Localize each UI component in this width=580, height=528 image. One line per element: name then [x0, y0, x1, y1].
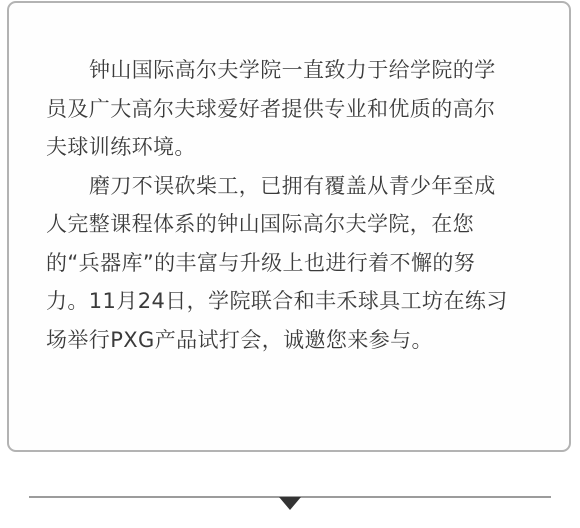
- paragraph-event: 磨刀不误砍柴工，已拥有覆盖从青少年至成人完整课程体系的钟山国际高尔夫学院，在您的…: [46, 167, 516, 360]
- triangle-down-icon: [279, 497, 301, 510]
- article-body: 钟山国际高尔夫学院一直致力于给学院的学员及广大高尔夫球爱好者提供专业和优质的高尔…: [46, 51, 516, 359]
- paragraph-intro: 钟山国际高尔夫学院一直致力于给学院的学员及广大高尔夫球爱好者提供专业和优质的高尔…: [46, 51, 516, 167]
